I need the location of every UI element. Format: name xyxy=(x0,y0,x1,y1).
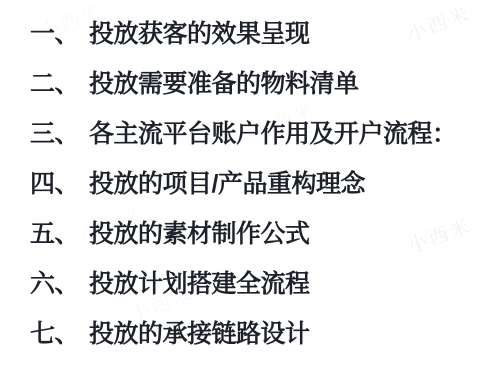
list-item: 六、 投放计划搭建全流程 xyxy=(30,257,457,307)
item-label: 投放计划搭建全流程 xyxy=(89,264,310,300)
item-number: 二、 xyxy=(30,64,79,100)
item-label: 投放需要准备的物料清单 xyxy=(89,64,359,100)
list-item: 五、 投放的素材制作公式 xyxy=(30,207,457,257)
list-item: 三、 各主流平台账户作用及开户流程： xyxy=(30,107,457,157)
item-label: 投放的项目/产品重构理念 xyxy=(89,164,365,200)
item-label: 投放获客的效果呈现 xyxy=(89,14,310,50)
list-item: 四、 投放的项目/产品重构理念 xyxy=(30,157,457,207)
item-number: 一、 xyxy=(30,14,79,50)
item-number: 五、 xyxy=(30,214,79,250)
list-item: 七、 投放的承接链路设计 xyxy=(30,307,457,357)
item-label: 投放的素材制作公式 xyxy=(89,214,310,250)
item-number: 三、 xyxy=(30,114,79,150)
item-number: 四、 xyxy=(30,164,79,200)
list-item: 二、 投放需要准备的物料清单 xyxy=(30,57,457,107)
outline-list: 一、 投放获客的效果呈现 二、 投放需要准备的物料清单 三、 各主流平台账户作用… xyxy=(30,7,457,357)
item-number: 七、 xyxy=(30,314,79,350)
list-item: 一、 投放获客的效果呈现 xyxy=(30,7,457,57)
content-page: 小西米 小西米 小西米 小西米 小西米 小西米 一、 投放获客的效果呈现 二、 … xyxy=(0,0,495,375)
item-number: 六、 xyxy=(30,264,79,300)
item-label: 各主流平台账户作用及开户流程： xyxy=(89,114,457,150)
item-label: 投放的承接链路设计 xyxy=(89,314,310,350)
